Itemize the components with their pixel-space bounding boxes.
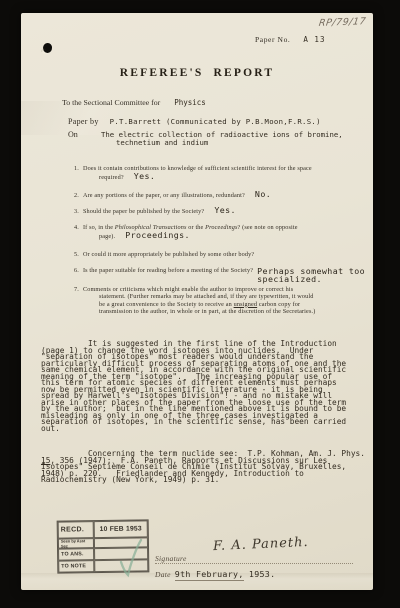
subject-title: The electric collection of radioactive i… [101, 131, 381, 146]
committee-label: To the Sectional Committee for [62, 98, 160, 107]
stamp-seen-by-label: Seen by Asst Sec [58, 538, 94, 549]
paper-author-value: P.T.Barrett (Communicated by P.B.Moon,F.… [110, 117, 321, 126]
paragraph-2-text-post: , 356 (1947); F.A. Paneth, Rapports et D… [41, 456, 346, 485]
stamp-to-ans-label: TO ANS. [58, 548, 94, 561]
stamp-recd-label: RECD. [58, 521, 94, 539]
question-4: 4.If so, in the Philosophical Transactio… [74, 224, 326, 240]
question-6: 6.Is the paper suitable for reading befo… [74, 267, 400, 283]
referee-report-page: RP/79/17 Paper No.A 13 REFEREE'S REPORT … [21, 13, 373, 590]
date-value-year: 1953. [244, 569, 276, 579]
paper-number-label: Paper No. [255, 35, 290, 44]
question-1-number: 1. [74, 165, 79, 172]
hole-punch [43, 43, 52, 53]
question-3-answer: Yes. [214, 205, 236, 215]
committee-value: Physics [174, 98, 206, 107]
report-title: REFEREE'S REPORT [21, 67, 373, 79]
question-5: 5.Or could it more appropriately be publ… [74, 251, 373, 259]
question-7-underlined-unsigned: unsigned [234, 301, 258, 308]
question-3-number: 3. [74, 208, 79, 215]
question-list: 1.Does it contain contributions to knowl… [21, 159, 373, 316]
stamp-recd-date: 10 FEB 1953 [94, 520, 148, 538]
question-1-answer: Yes. [134, 171, 156, 181]
report-paragraph-1: It is suggested in the first line of the… [41, 341, 374, 432]
question-2-text: Are any portions of the paper, or any il… [83, 192, 245, 199]
subject-line: On The electric collection of radioactiv… [68, 130, 78, 139]
paper-number-line: Paper No.A 13 [255, 35, 325, 44]
question-4-number: 4. [74, 224, 79, 231]
stamp-to-note-label: TO NOTE [58, 560, 94, 573]
subject-title-line2: technetium and indium [101, 138, 208, 147]
date-value-underlined: 9th February, [175, 569, 244, 581]
question-3: 3.Should the paper be published by the S… [74, 207, 373, 216]
committee-line: To the Sectional Committee forPhysics [62, 98, 206, 107]
date-label: Date [155, 570, 171, 579]
subject-label: On [68, 130, 78, 139]
question-5-number: 5. [74, 251, 79, 258]
date-line: Date9th February, 1953. [155, 569, 275, 579]
question-3-text: Should the paper be published by the Soc… [83, 208, 204, 215]
paper-by-line: Paper byP.T.Barrett (Communicated by P.B… [68, 117, 321, 126]
question-5-text: Or could it more appropriately be publis… [83, 251, 254, 258]
report-paragraph-2: Concerning the term nuclide see: T.P. Ko… [41, 451, 374, 484]
question-6-text: Is the paper suitable for reading before… [83, 267, 253, 274]
question-2-number: 2. [74, 192, 79, 199]
green-checkmark [117, 537, 143, 579]
question-4-answer: Proceedings. [125, 230, 190, 240]
paper-number-value: A 13 [303, 35, 325, 44]
question-7-number: 7. [74, 286, 79, 293]
question-6-answer: Perhaps somewhat too specialized. [257, 267, 369, 283]
question-4-text-pre: If so, in the [83, 224, 115, 231]
question-6-number: 6. [74, 267, 79, 274]
question-1: 1.Does it contain contributions to knowl… [74, 165, 316, 181]
question-1-text: Does it contain contributions to knowled… [83, 165, 312, 181]
question-2-answer: No. [255, 189, 271, 199]
signature-label: Signature [155, 554, 187, 563]
question-2: 2.Are any portions of the paper, or any … [74, 191, 373, 200]
question-4-italic-proceedings: Proceedings [205, 224, 237, 231]
paper-by-label: Paper by [68, 117, 99, 126]
question-7: 7.Comments or criticisms which might ena… [74, 286, 321, 316]
handwritten-ref-number: RP/79/17 [318, 16, 367, 29]
